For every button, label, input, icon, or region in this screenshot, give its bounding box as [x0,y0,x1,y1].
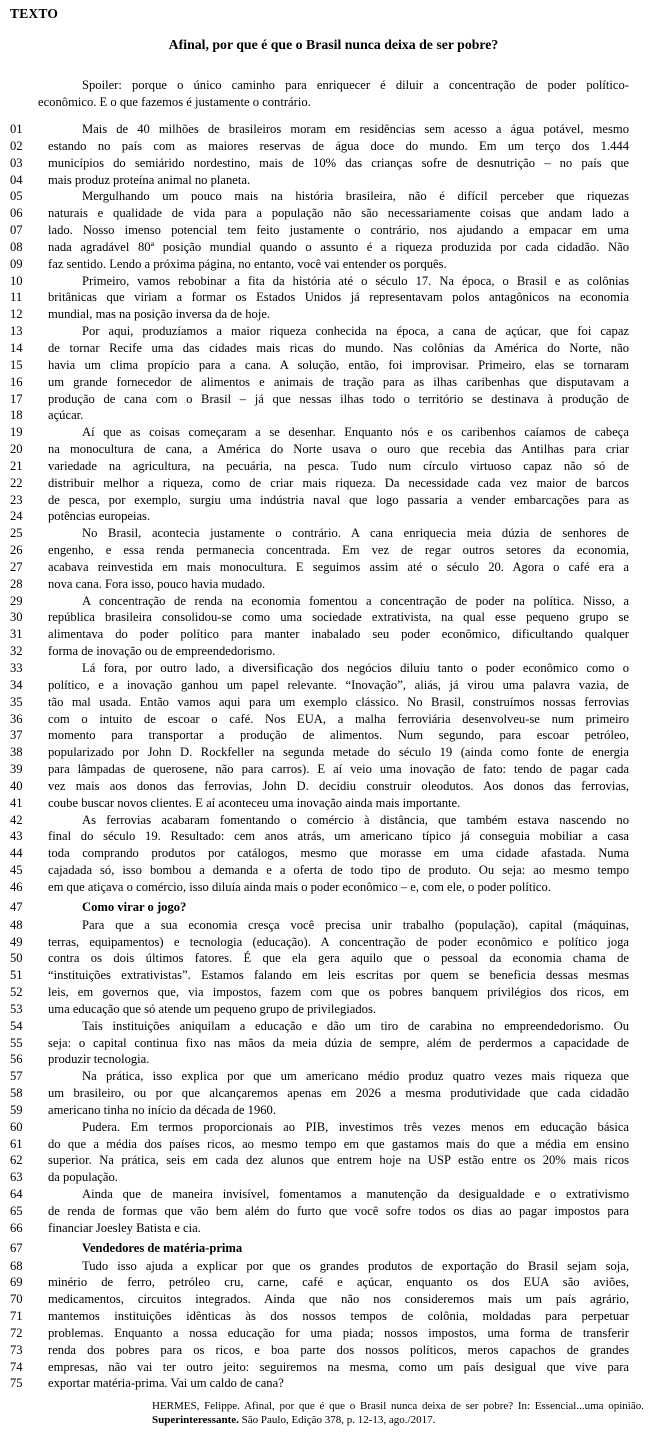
line-number: 14 [10,341,48,358]
line-text: “instituições extrativistas”. Estamos fa… [48,968,629,985]
text-line: 50contra os dois últimos fatores. É que … [10,951,629,968]
text-line: 09faz sentido. Lendo a próxima página, n… [10,257,629,274]
line-number: 70 [10,1292,48,1309]
line-text: municípios do semiárido nordestino, mais… [48,156,629,173]
line-number: 66 [10,1221,48,1238]
line-text: uma educação que só atende um pequeno gr… [48,1002,629,1019]
line-number: 56 [10,1052,48,1069]
line-text: problemas. Enquanto a nossa educação for… [48,1326,629,1343]
text-line: 16um grande fornecedor de alimentos e an… [10,375,629,392]
line-text: na monocultura de cana, a América do Nor… [48,442,629,459]
text-line: 14de tornar Recife uma das cidades mais … [10,341,629,358]
text-line: 41coube buscar novos clientes. E aí acon… [10,796,629,813]
line-number: 02 [10,139,48,156]
text-line: 48Para que a sua economia cresça você pr… [10,918,629,935]
line-number: 05 [10,189,48,206]
line-number: 16 [10,375,48,392]
text-line: 68Tudo isso ajuda a explicar por que os … [10,1259,629,1276]
text-line: 17produção de cana com o Brasil – já que… [10,392,629,409]
text-line: 47Como virar o jogo? [10,900,629,917]
line-number: 07 [10,223,48,240]
text-line: 51“instituições extrativistas”. Estamos … [10,968,629,985]
line-text: A concentração de renda na economia fome… [48,594,629,611]
line-text: Tudo isso ajuda a explicar por que os gr… [48,1259,629,1276]
line-text: lado. Nosso imenso potencial tem feito j… [48,223,629,240]
text-body: 01Mais de 40 milhões de brasileiros mora… [10,122,629,1393]
line-text: Vendedores de matéria-prima [48,1241,629,1258]
line-text: Aí que as coisas começaram a se desenhar… [48,425,629,442]
citation-source: Superinteressante. [152,1414,239,1426]
text-line: 38popularizado por John D. Rockfeller na… [10,745,629,762]
text-line: 12mundial, mas na posição inversa da de … [10,307,629,324]
text-line: 11britânicas que viriam a formar os Esta… [10,290,629,307]
text-line: 18açúcar. [10,408,629,425]
line-number: 51 [10,968,48,985]
text-line: 21variedade na agricultura, na pecuária,… [10,459,629,476]
text-line: 13Por aqui, produzíamos a maior riqueza … [10,324,629,341]
line-text: produção de cana com o Brasil – já que n… [48,392,629,409]
line-text: coube buscar novos clientes. E aí aconte… [48,796,629,813]
text-line: 31alimentava do poder político para mant… [10,627,629,644]
line-text: Para que a sua economia cresça você prec… [48,918,629,935]
text-line: 64Ainda que de maneira invisível, foment… [10,1187,629,1204]
text-line: 54Tais instituições aniquilam a educação… [10,1019,629,1036]
line-number: 75 [10,1376,48,1393]
line-number: 30 [10,610,48,627]
line-number: 36 [10,712,48,729]
line-text: Mais de 40 milhões de brasileiros moram … [48,122,629,139]
line-number: 04 [10,173,48,190]
line-text: vez mais aos donos das ferrovias, John D… [48,779,629,796]
line-number: 49 [10,935,48,952]
text-line: 58um brasileiro, ou por que alcançaremos… [10,1086,629,1103]
text-line: 57Na prática, isso explica por que um am… [10,1069,629,1086]
line-number: 38 [10,745,48,762]
line-text: alimentava do poder político para manter… [48,627,629,644]
line-text: de renda de formas que vão bem além do f… [48,1204,629,1221]
line-number: 44 [10,846,48,863]
citation: HERMES, Felippe. Afinal, por que é que o… [152,1399,644,1427]
text-line: 32forma de inovação ou de empreendedoris… [10,644,629,661]
line-number: 01 [10,122,48,139]
text-line: 28nova cana. Fora isso, pouco havia muda… [10,577,629,594]
line-number: 20 [10,442,48,459]
line-text: Como virar o jogo? [48,900,629,917]
line-text: político, e a inovação ganhou um papel r… [48,678,629,695]
text-line: 67Vendedores de matéria-prima [10,1241,629,1258]
text-line: 40vez mais aos donos das ferrovias, John… [10,779,629,796]
line-number: 19 [10,425,48,442]
text-line: 61do que a média dos países ricos, ao me… [10,1137,629,1154]
text-line: 26engenho, e essa renda permanecia conce… [10,543,629,560]
line-text: tão mal usada. Então vamos aqui para um … [48,695,629,712]
text-line: 03municípios do semiárido nordestino, ma… [10,156,629,173]
line-text: com o intuito de escoar o café. Nos EUA,… [48,712,629,729]
line-number: 62 [10,1153,48,1170]
text-line: 34político, e a inovação ganhou um papel… [10,678,629,695]
line-text: república brasileira consolidou-se como … [48,610,629,627]
line-text: contra os dois últimos fatores. É que el… [48,951,629,968]
text-line: 35tão mal usada. Então vamos aqui para u… [10,695,629,712]
line-text: engenho, e essa renda permanecia concent… [48,543,629,560]
line-text: para lâmpadas de querosene, não para car… [48,762,629,779]
line-number: 34 [10,678,48,695]
line-number: 43 [10,829,48,846]
line-number: 21 [10,459,48,476]
line-text: nova cana. Fora isso, pouco havia mudado… [48,577,629,594]
text-line: 46em que atiçava o comércio, isso diluía… [10,880,629,897]
line-text: Lá fora, por outro lado, a diversificaçã… [48,661,629,678]
line-number: 31 [10,627,48,644]
citation-text: HERMES, Felippe. Afinal, por que é que o… [152,1400,644,1412]
line-number: 60 [10,1120,48,1137]
line-number: 33 [10,661,48,678]
line-number: 18 [10,408,48,425]
line-text: leis, em governos que, via impostos, faz… [48,985,629,1002]
text-line: 70medicamentos, circuitos integrados. Ai… [10,1292,629,1309]
line-number: 50 [10,951,48,968]
line-text: da população. [48,1170,629,1187]
line-number: 64 [10,1187,48,1204]
text-line: Spoiler: porque o único caminho para enr… [38,76,629,93]
line-number: 06 [10,206,48,223]
text-line: 05Mergulhando um pouco mais na história … [10,189,629,206]
text-line: 72problemas. Enquanto a nossa educação f… [10,1326,629,1343]
line-text: superior. Na prática, seis em cada dez a… [48,1153,629,1170]
line-text: um brasileiro, ou por que alcançaremos a… [48,1086,629,1103]
text-line: 24potências europeias. [10,509,629,526]
line-text: popularizado por John D. Rockfeller na s… [48,745,629,762]
text-line: 66financiar Joesley Batista e cia. [10,1221,629,1238]
line-number: 40 [10,779,48,796]
line-number: 35 [10,695,48,712]
text-line: 44toda comprando produtos por catálogos,… [10,846,629,863]
line-text: Na prática, isso explica por que um amer… [48,1069,629,1086]
line-text: terras, equipamentos) e tecnologia (educ… [48,935,629,952]
text-line: 06naturais e qualidade de vida para a po… [10,206,629,223]
line-text: produzir tecnologia. [48,1052,629,1069]
text-line: 60Pudera. Em termos proporcionais ao PIB… [10,1120,629,1137]
line-number: 74 [10,1360,48,1377]
line-number: 25 [10,526,48,543]
headnote-spoiler: Spoiler: porque o único caminho para enr… [38,76,629,110]
line-text: potências europeias. [48,509,629,526]
text-line: 52leis, em governos que, via impostos, f… [10,985,629,1002]
page-title: Afinal, por que é que o Brasil nunca dei… [38,37,629,53]
line-text: acabava reinvestida em mais monocultura.… [48,560,629,577]
line-text: variedade na agricultura, na pecuária, n… [48,459,629,476]
line-number: 23 [10,493,48,510]
text-line: 49terras, equipamentos) e tecnologia (ed… [10,935,629,952]
line-number: 53 [10,1002,48,1019]
line-text: americano tinha no início da década de 1… [48,1103,629,1120]
line-number: 71 [10,1309,48,1326]
line-number: 12 [10,307,48,324]
line-text: minério de ferro, petróleo cru, carne, c… [48,1275,629,1292]
line-text: seja: o capital continua fixo nas mãos d… [48,1036,629,1053]
text-line: 36com o intuito de escoar o café. Nos EU… [10,712,629,729]
text-line: 22distribuir melhor a riqueza, como de c… [10,476,629,493]
line-number: 32 [10,644,48,661]
text-line: 69minério de ferro, petróleo cru, carne,… [10,1275,629,1292]
text-line: econômico. E o que fazemos é justamente … [38,93,629,110]
line-text: toda comprando produtos por catálogos, m… [48,846,629,863]
text-line: 08nada agradável 80ª posição mundial qua… [10,240,629,257]
line-text: Primeiro, vamos rebobinar a fita da hist… [48,274,629,291]
line-number: 58 [10,1086,48,1103]
text-line: 55seja: o capital continua fixo nas mãos… [10,1036,629,1053]
text-line: 65de renda de formas que vão bem além do… [10,1204,629,1221]
line-number: 24 [10,509,48,526]
text-line: 10Primeiro, vamos rebobinar a fita da hi… [10,274,629,291]
text-line: 04mais produz proteína animal no planeta… [10,173,629,190]
text-line: 39para lâmpadas de querosene, não para c… [10,762,629,779]
line-number: 55 [10,1036,48,1053]
line-number: 29 [10,594,48,611]
line-text: econômico. E o que fazemos é justamente … [38,93,629,110]
text-line: 59americano tinha no início da década de… [10,1103,629,1120]
line-text: No Brasil, acontecia justamente o contrá… [48,526,629,543]
text-line: 07lado. Nosso imenso potencial tem feito… [10,223,629,240]
line-text: cajadada só, isso bombou a demanda e a o… [48,863,629,880]
text-line: 56produzir tecnologia. [10,1052,629,1069]
line-text: mais produz proteína animal no planeta. [48,173,629,190]
line-number: 11 [10,290,48,307]
line-number: 47 [10,900,48,917]
line-text: um grande fornecedor de alimentos e anim… [48,375,629,392]
line-text: distribuir melhor a riqueza, como de cri… [48,476,629,493]
line-number: 03 [10,156,48,173]
line-number: 52 [10,985,48,1002]
text-line: 20na monocultura de cana, a América do N… [10,442,629,459]
line-text: empresas, não vai ter outro jeito: segui… [48,1360,629,1377]
line-text: As ferrovias acabaram fomentando o comér… [48,813,629,830]
line-text: de tornar Recife uma das cidades mais ri… [48,341,629,358]
text-line: 71mantemos instituições idênticas às dos… [10,1309,629,1326]
line-number: 08 [10,240,48,257]
line-number: 73 [10,1343,48,1360]
line-text: momento para transportar a produção de a… [48,728,629,745]
line-number: 22 [10,476,48,493]
text-line: 02estando no país com as maiores reserva… [10,139,629,156]
line-text: açúcar. [48,408,629,425]
line-text: mundial, mas na posição inversa da de ho… [48,307,629,324]
line-number: 41 [10,796,48,813]
text-line: 30república brasileira consolidou-se com… [10,610,629,627]
line-text: havia um clima propício para a cana. A s… [48,358,629,375]
line-number: 27 [10,560,48,577]
texto-label: TEXTO [10,6,58,22]
text-line: 37momento para transportar a produção de… [10,728,629,745]
text-line: 23de pesca, por exemplo, surgiu uma indú… [10,493,629,510]
line-text: Mergulhando um pouco mais na história br… [48,189,629,206]
line-number: 10 [10,274,48,291]
line-text: Ainda que de maneira invisível, fomentam… [48,1187,629,1204]
text-line: 45cajadada só, isso bombou a demanda e a… [10,863,629,880]
line-text: financiar Joesley Batista e cia. [48,1221,629,1238]
line-number: 17 [10,392,48,409]
text-line: 29A concentração de renda na economia fo… [10,594,629,611]
line-text: faz sentido. Lendo a próxima página, no … [48,257,629,274]
line-number: 26 [10,543,48,560]
line-text: forma de inovação ou de empreendedorismo… [48,644,629,661]
line-text: britânicas que viriam a formar os Estado… [48,290,629,307]
text-line: 62superior. Na prática, seis em cada dez… [10,1153,629,1170]
line-text: estando no país com as maiores reservas … [48,139,629,156]
line-text: Tais instituições aniquilam a educação e… [48,1019,629,1036]
line-number: 57 [10,1069,48,1086]
line-text: do que a média dos países ricos, ao mesm… [48,1137,629,1154]
line-number: 39 [10,762,48,779]
line-text: Pudera. Em termos proporcionais ao PIB, … [48,1120,629,1137]
text-line: 63da população. [10,1170,629,1187]
text-line: 15havia um clima propício para a cana. A… [10,358,629,375]
line-number: 48 [10,918,48,935]
line-text: Por aqui, produzíamos a maior riqueza co… [48,324,629,341]
line-number: 72 [10,1326,48,1343]
line-number: 09 [10,257,48,274]
text-line: 43final do século 19. Resultado: cem ano… [10,829,629,846]
text-line: 75exportar matéria-prima. Vai um caldo d… [10,1376,629,1393]
line-text: medicamentos, circuitos integrados. Aind… [48,1292,629,1309]
line-number: 13 [10,324,48,341]
text-line: 53uma educação que só atende um pequeno … [10,1002,629,1019]
text-line: 42As ferrovias acabaram fomentando o com… [10,813,629,830]
line-number: 37 [10,728,48,745]
line-text: de pesca, por exemplo, surgiu uma indúst… [48,493,629,510]
line-number: 68 [10,1259,48,1276]
line-text: exportar matéria-prima. Vai um caldo de … [48,1376,629,1393]
line-text: em que atiçava o comércio, isso diluía a… [48,880,629,897]
line-number: 63 [10,1170,48,1187]
text-line: 25No Brasil, acontecia justamente o cont… [10,526,629,543]
line-text: Spoiler: porque o único caminho para enr… [38,76,629,93]
text-line: 73renda dos pobres para os ricos, e boa … [10,1343,629,1360]
citation-tail: São Paulo, Edição 378, p. 12-13, ago./20… [239,1414,435,1426]
line-number: 65 [10,1204,48,1221]
line-number: 69 [10,1275,48,1292]
line-number: 45 [10,863,48,880]
line-number: 67 [10,1241,48,1258]
text-line: 33Lá fora, por outro lado, a diversifica… [10,661,629,678]
line-number: 54 [10,1019,48,1036]
line-text: mantemos instituições idênticas às dos n… [48,1309,629,1326]
line-number: 42 [10,813,48,830]
line-number: 15 [10,358,48,375]
line-text: renda dos pobres para os ricos, e boa pa… [48,1343,629,1360]
line-number: 46 [10,880,48,897]
line-number: 28 [10,577,48,594]
text-line: 19Aí que as coisas começaram a se desenh… [10,425,629,442]
text-line: 27acabava reinvestida em mais monocultur… [10,560,629,577]
line-number: 61 [10,1137,48,1154]
line-text: final do século 19. Resultado: cem anos … [48,829,629,846]
line-number: 59 [10,1103,48,1120]
line-text: naturais e qualidade de vida para a popu… [48,206,629,223]
text-line: 01Mais de 40 milhões de brasileiros mora… [10,122,629,139]
text-line: 74empresas, não vai ter outro jeito: seg… [10,1360,629,1377]
line-text: nada agradável 80ª posição mundial quand… [48,240,629,257]
